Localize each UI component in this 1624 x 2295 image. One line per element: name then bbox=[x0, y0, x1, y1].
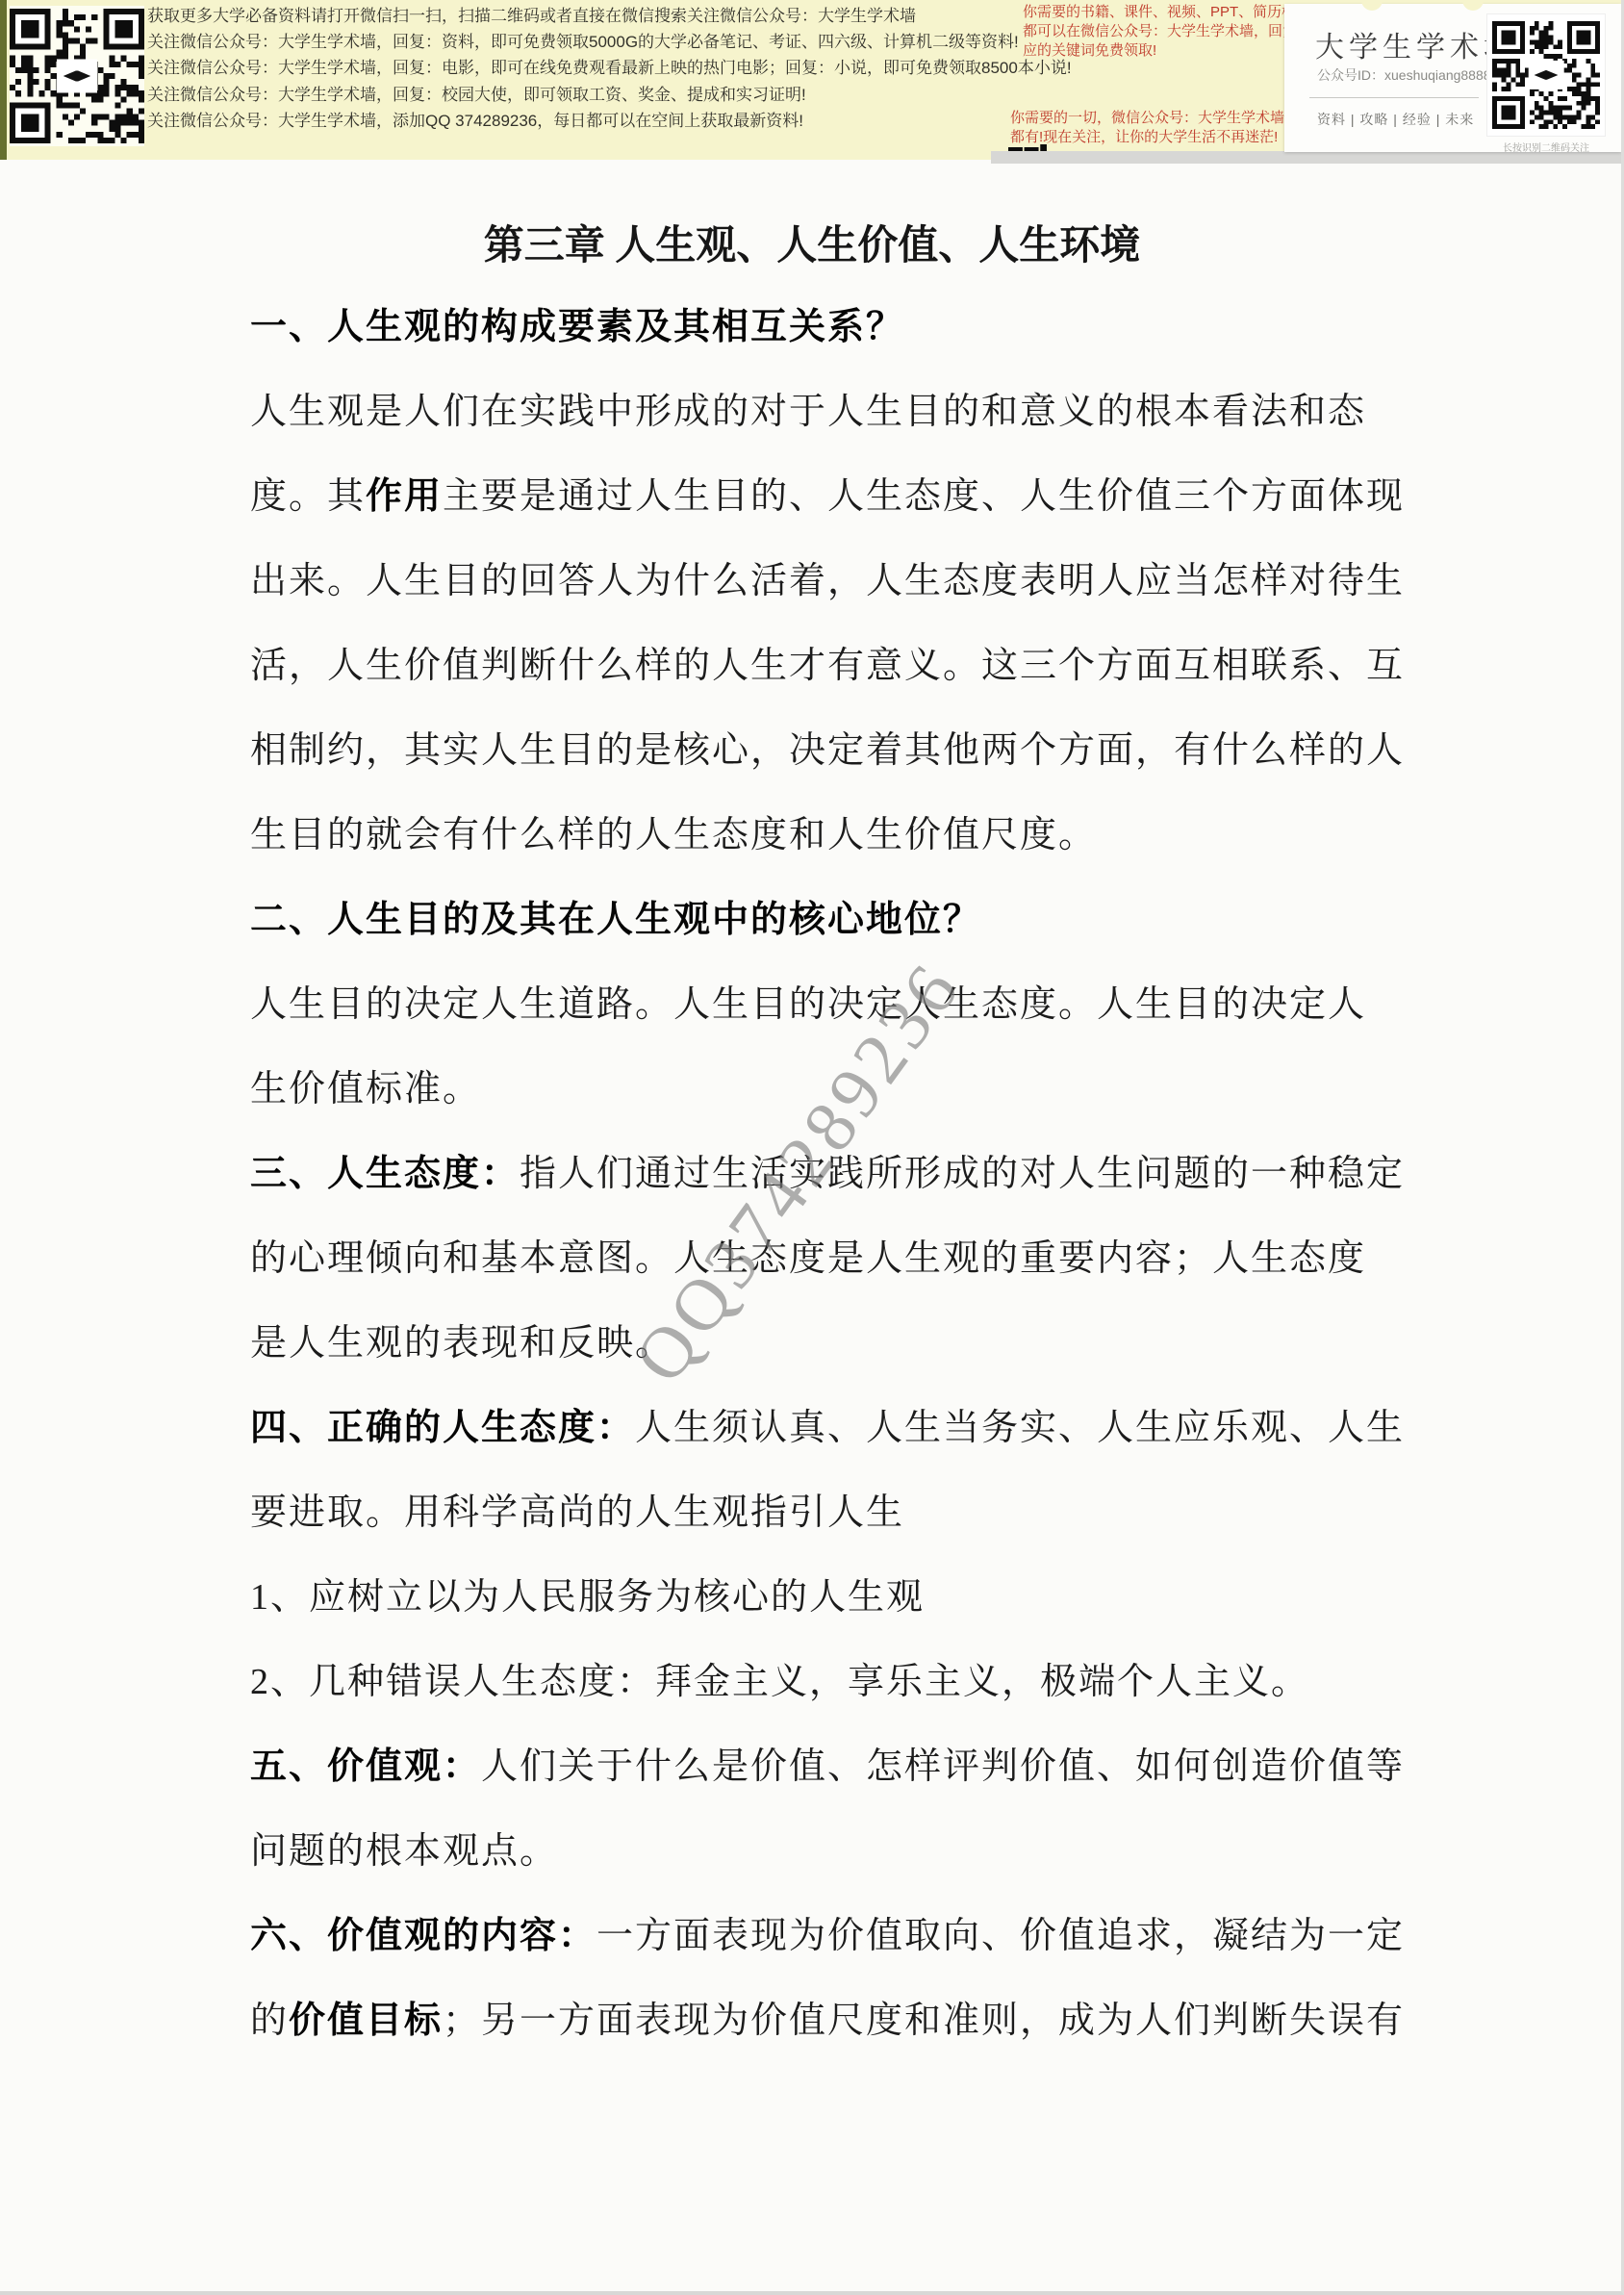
document-line: 三、人生态度：指人们通过生活实践所形成的对人生问题的一种稳定 bbox=[250, 1132, 1405, 1216]
qr-caption: 长按识别二维码关注 bbox=[1483, 140, 1610, 154]
wechat-qr-code-right-icon bbox=[1486, 13, 1606, 137]
promo-line: 获取更多大学必备资料请打开微信扫一扫，扫描二维码或者直接在微信搜索关注微信公众号… bbox=[147, 3, 1119, 29]
promo-banner: 获取更多大学必备资料请打开微信扫一扫，扫描二维码或者直接在微信搜索关注微信公众号… bbox=[0, 0, 1624, 160]
document-line: 2、几种错误人生态度：拜金主义，享乐主义，极端个人主义。 bbox=[250, 1640, 1405, 1724]
wechat-qr-code-left-icon bbox=[10, 6, 144, 146]
red-note-secondary: 你需要的一切，微信公众号：大学生学术墙，都有!现在关注，让你的大学生活不再迷茫! bbox=[1010, 109, 1310, 147]
account-card: 大学生学术墙 公众号ID：xueshuqiang8888 资料 | 攻略 | 经… bbox=[1284, 4, 1621, 152]
document-line: 1、应树立以为人民服务为核心的人生观 bbox=[250, 1555, 1405, 1640]
document-line: 是人生观的表现和反映。 bbox=[250, 1301, 1405, 1386]
card-notch bbox=[1462, 0, 1484, 11]
scanned-document-page: 获取更多大学必备资料请打开微信扫一扫，扫描二维码或者直接在微信搜索关注微信公众号… bbox=[0, 0, 1624, 2295]
card-divider bbox=[1309, 97, 1479, 98]
document-line: 人生观是人们在实践中形成的对于人生目的和意义的根本看法和态 bbox=[250, 370, 1405, 454]
card-notch bbox=[1361, 0, 1383, 11]
document-line: 问题的根本观点。 bbox=[250, 1809, 1405, 1894]
red-note-primary: 你需要的书籍、课件、视频、PPT、简历模板都可以在微信公众号：大学生学术墙，回复… bbox=[1023, 3, 1311, 61]
graduation-cap-logo-icon bbox=[57, 59, 97, 92]
document-line: 的心理倾向和基本意图。人生态度是人生观的重要内容；人生态度 bbox=[250, 1216, 1405, 1301]
account-id: 公众号ID：xueshuqiang8888 bbox=[1317, 65, 1491, 85]
document-line: 生价值标准。 bbox=[250, 1047, 1405, 1132]
left-edge-strip bbox=[0, 0, 7, 160]
page-title: 第三章 人生观、人生价值、人生环境 bbox=[0, 214, 1624, 271]
document-body: 一、人生观的构成要素及其相互关系？人生观是人们在实践中形成的对于人生目的和意义的… bbox=[250, 285, 1405, 2063]
document-line: 六、价值观的内容：一方面表现为价值取向、价值追求，凝结为一定 bbox=[250, 1894, 1405, 1978]
promo-line: 关注微信公众号：大学生学术墙，回复：资料，即可免费领取5000G的大学必备笔记、… bbox=[147, 29, 1119, 55]
document-line: 一、人生观的构成要素及其相互关系？ bbox=[250, 285, 1405, 370]
document-line: 二、人生目的及其在人生观中的核心地位？ bbox=[250, 878, 1405, 962]
document-line: 度。其作用主要是通过人生目的、人生态度、人生价值三个方面体现 bbox=[250, 454, 1405, 539]
promo-line: 关注微信公众号：大学生学术墙，回复：电影，即可在线免费观看最新上映的热门电影；回… bbox=[147, 55, 1119, 81]
graduation-cap-logo-icon bbox=[1529, 61, 1564, 89]
document-line: 四、正确的人生态度：人生须认真、人生当务实、人生应乐观、人生 bbox=[250, 1386, 1405, 1470]
document-line: 的价值目标；另一方面表现为价值尺度和准则，成为人们判断失误有 bbox=[250, 1978, 1405, 2063]
document-line: 五、价值观：人们关于什么是价值、怎样评判价值、如何创造价值等 bbox=[250, 1724, 1405, 1809]
promo-line: 关注微信公众号：大学生学术墙，回复：校园大使，即可领取工资、奖金、提成和实习证明… bbox=[147, 82, 1119, 108]
document-line: 活，人生价值判断什么样的人生才有意义。这三个方面互相联系、互 bbox=[250, 624, 1405, 708]
document-line: 出来。人生目的回答人为什么活着，人生态度表明人应当怎样对待生 bbox=[250, 539, 1405, 624]
document-line: 生目的就会有什么样的人生态度和人生价值尺度。 bbox=[250, 793, 1405, 878]
document-line: 人生目的决定人生道路。人生目的决定人生态度。人生目的决定人 bbox=[250, 962, 1405, 1047]
promo-text-block: 获取更多大学必备资料请打开微信扫一扫，扫描二维码或者直接在微信搜索关注微信公众号… bbox=[147, 3, 1119, 134]
document-line: 要进取。用科学高尚的人生观指引人生 bbox=[250, 1470, 1405, 1555]
account-tags: 资料 | 攻略 | 经验 | 未来 bbox=[1317, 110, 1474, 129]
document-line: 相制约，其实人生目的是核心，决定着其他两个方面，有什么样的人 bbox=[250, 708, 1405, 793]
promo-line: 关注微信公众号：大学生学术墙，添加QQ 374289236，每日都可以在空间上获… bbox=[147, 108, 1119, 134]
